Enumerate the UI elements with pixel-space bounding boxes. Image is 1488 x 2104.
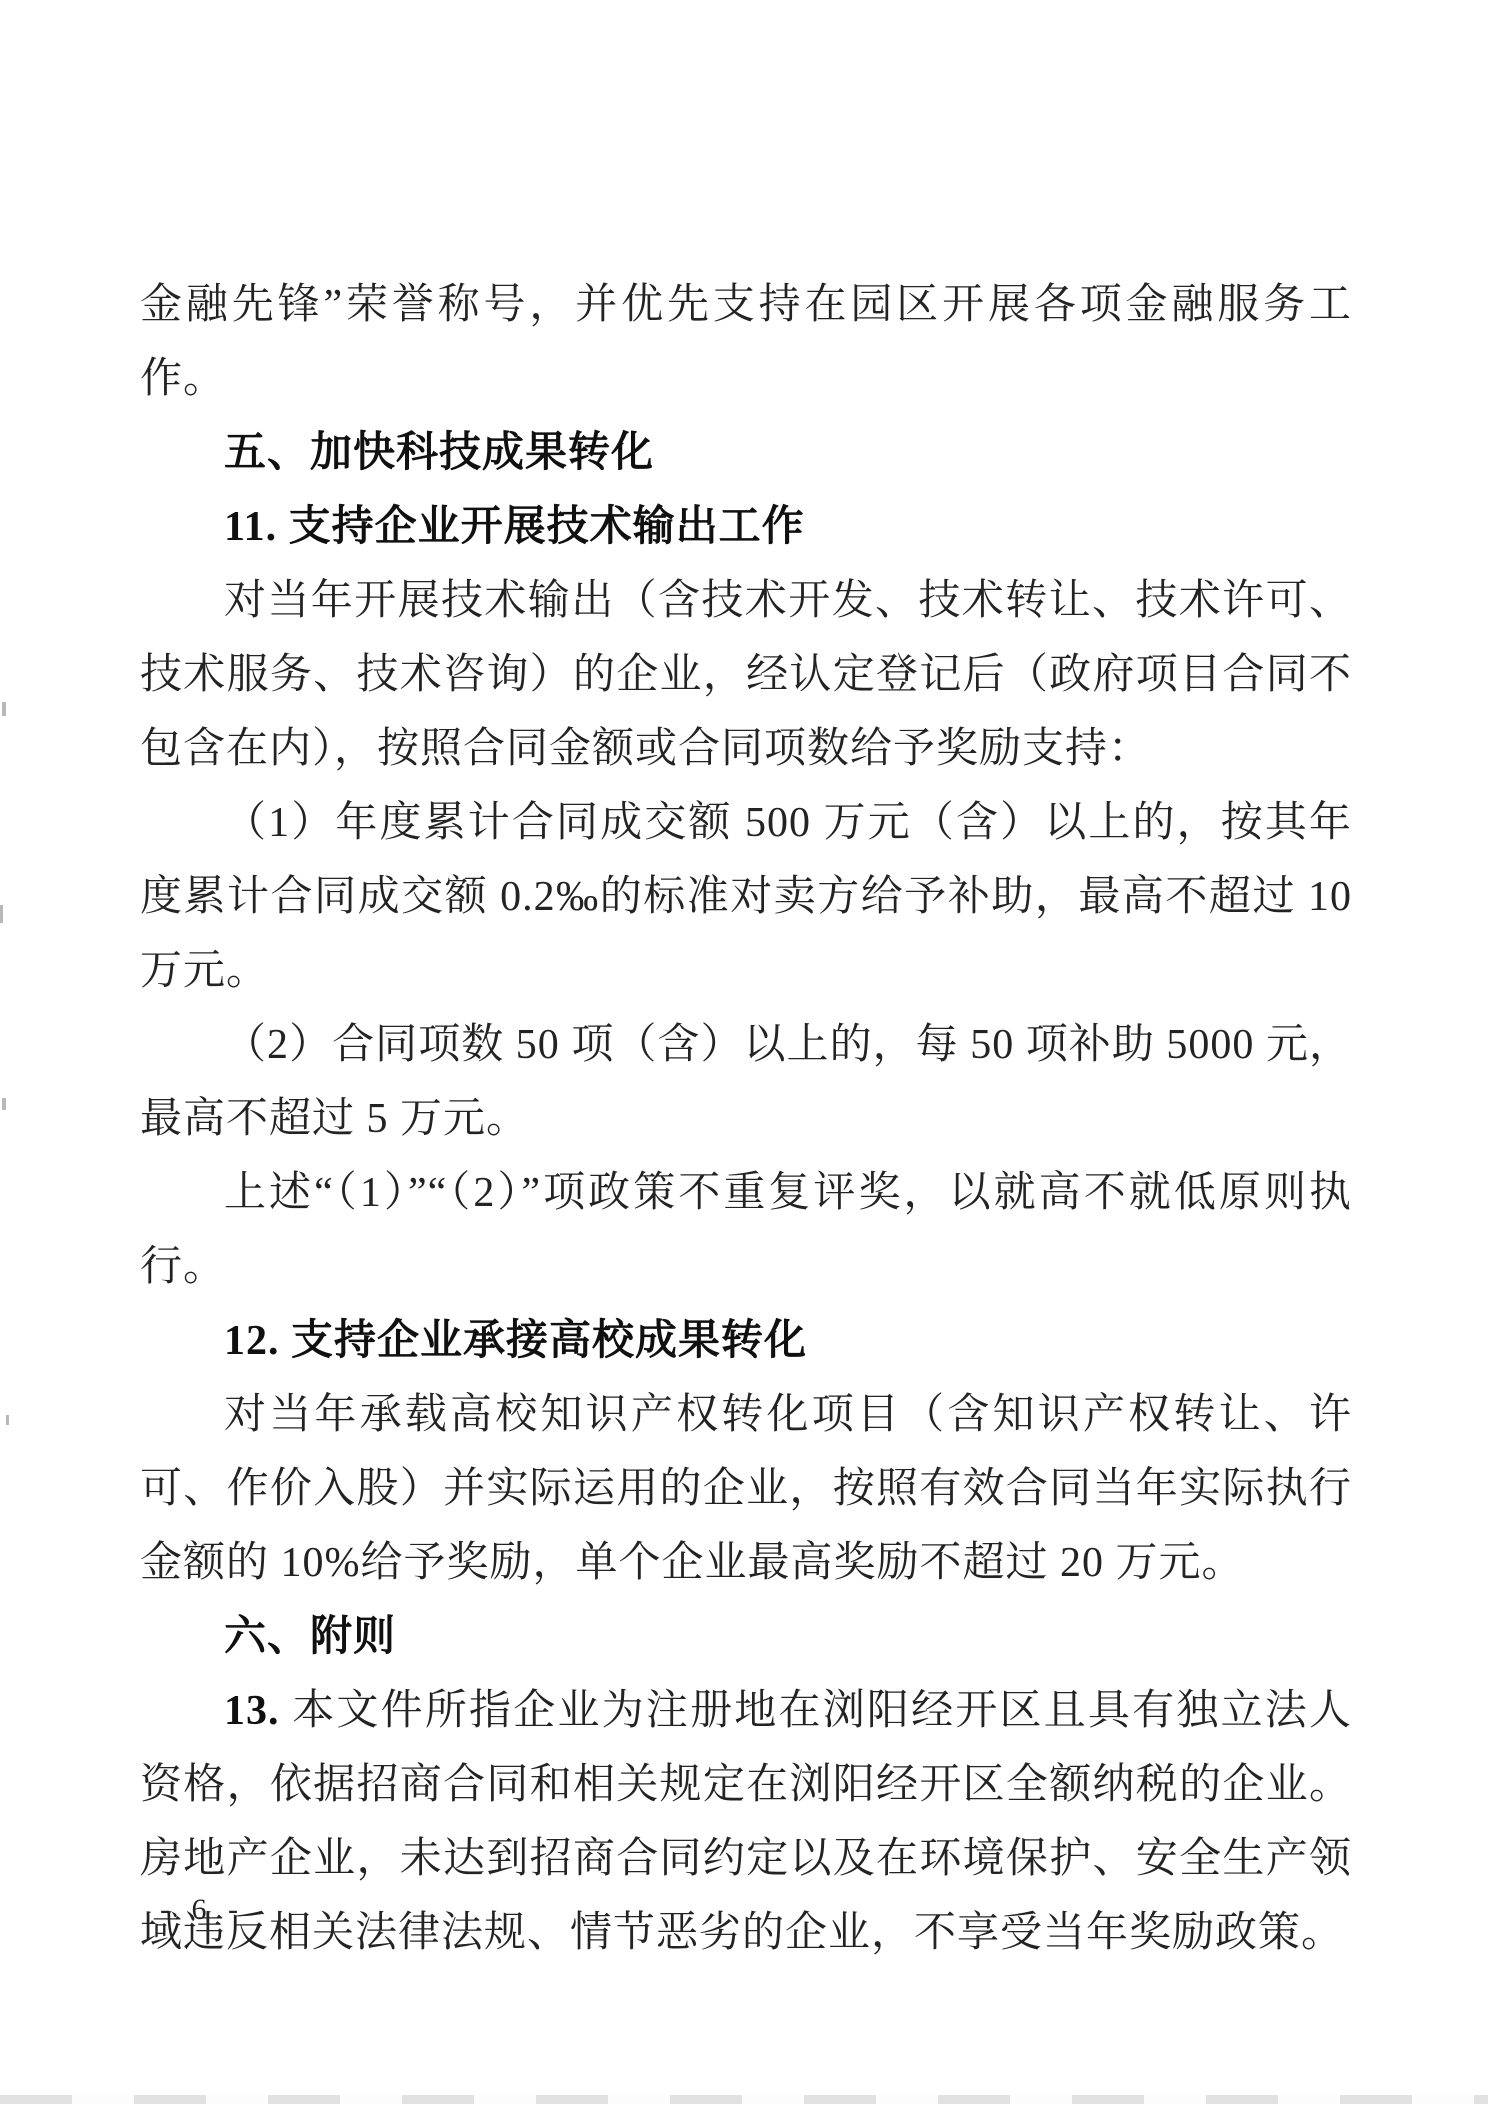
text-run: （2）合同项数 50 项（含）以上的，每 50 项补助 5000 元，最高不超过…: [140, 1022, 1352, 1142]
paragraph: 13. 本文件所指企业为注册地在浏阳经开区且具有独立法人资格，依据招商合同和相关…: [140, 1674, 1352, 1970]
paragraph: 对当年承载高校知识产权转化项目（含知识产权转让、许可、作价入股）并实际运用的企业…: [140, 1378, 1352, 1600]
scan-speck: [2, 702, 6, 716]
paragraph: 金融先锋”荣誉称号，并优先支持在园区开展各项金融服务工作。: [140, 268, 1352, 416]
paragraph: （2）合同项数 50 项（含）以上的，每 50 项补助 5000 元，最高不超过…: [140, 1008, 1352, 1156]
document-page: 金融先锋”荣誉称号，并优先支持在园区开展各项金融服务工作。五、加快科技成果转化1…: [0, 0, 1488, 2104]
text-run: 对当年承载高校知识产权转化项目（含知识产权转让、许可、作价入股）并实际运用的企业…: [140, 1392, 1352, 1586]
text-run: 金融先锋”荣誉称号，并优先支持在园区开展各项金融服务工作。: [140, 282, 1352, 402]
section-heading: 11. 支持企业开展技术输出工作: [140, 490, 1352, 564]
text-run: （1）年度累计合同成交额 500 万元（含）以上的，按其年度累计合同成交额 0.…: [140, 800, 1352, 994]
scan-speck: [0, 905, 3, 923]
scan-speck: [2, 1098, 6, 1110]
text-run: 六、附则: [224, 1614, 396, 1660]
paragraph: （1）年度累计合同成交额 500 万元（含）以上的，按其年度累计合同成交额 0.…: [140, 786, 1352, 1008]
document-content: 金融先锋”荣誉称号，并优先支持在园区开展各项金融服务工作。五、加快科技成果转化1…: [140, 268, 1352, 1970]
scan-speck: [6, 1415, 9, 1425]
text-run: 本文件所指企业为注册地在浏阳经开区且具有独立法人资格，依据招商合同和相关规定在浏…: [140, 1688, 1352, 1956]
scan-artifact-bottom-edge: [0, 2095, 1488, 2104]
section-heading: 五、加快科技成果转化: [140, 416, 1352, 490]
paragraph: 对当年开展技术输出（含技术开发、技术转让、技术许可、技术服务、技术咨询）的企业，…: [140, 564, 1352, 786]
text-run: 上述“（1）”“（2）”项政策不重复评奖，以就高不就低原则执行。: [140, 1170, 1352, 1290]
text-run: 12. 支持企业承接高校成果转化: [224, 1318, 807, 1364]
paragraph: 上述“（1）”“（2）”项政策不重复评奖，以就高不就低原则执行。: [140, 1156, 1352, 1304]
text-run: 对当年开展技术输出（含技术开发、技术转让、技术许可、技术服务、技术咨询）的企业，…: [140, 578, 1352, 772]
section-heading: 六、附则: [140, 1600, 1352, 1674]
text-run: 13.: [224, 1688, 292, 1734]
text-run: 五、加快科技成果转化: [224, 430, 654, 476]
page-number: - 6 -: [160, 1893, 245, 1927]
text-run: 11. 支持企业开展技术输出工作: [224, 504, 805, 550]
section-heading: 12. 支持企业承接高校成果转化: [140, 1304, 1352, 1378]
